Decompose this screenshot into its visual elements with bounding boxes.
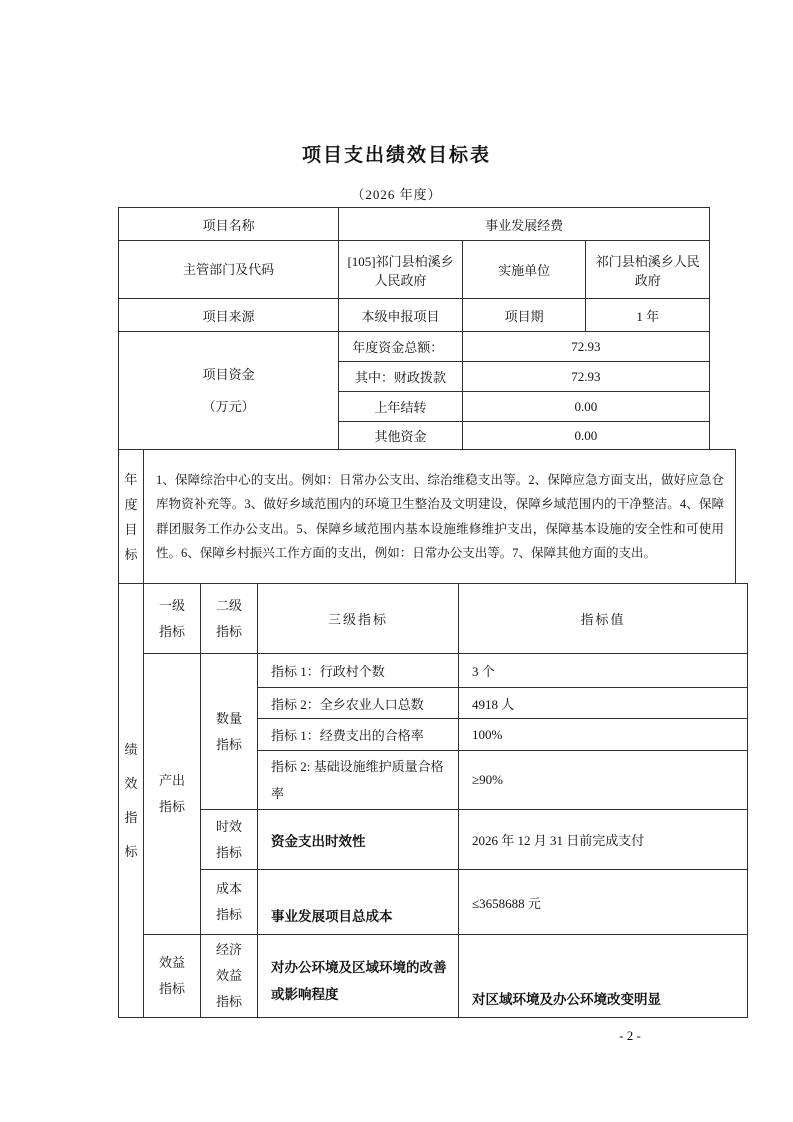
- page-subtitle: （2026 年度）: [0, 184, 793, 203]
- performance-target-table: 项目名称 事业发展经费 主管部门及代码 [105]祁门县柏溪乡人民政府 实施单位…: [118, 207, 710, 1018]
- funds-row-value: 72.93: [462, 332, 709, 362]
- funds-label-line2: （万元）: [123, 391, 334, 423]
- indicator-name: 指标 1：行政村个数: [258, 654, 459, 688]
- period-value: 1 年: [586, 299, 710, 332]
- indicator-value: ≤3658688 元: [459, 870, 748, 935]
- header-level3: 三级指标: [258, 584, 459, 654]
- funds-row-label: 其他资金: [339, 422, 463, 450]
- indicator-name: 对办公环境及区域环境的改善或影响程度: [258, 935, 459, 1018]
- funds-label: 项目资金 （万元）: [119, 332, 339, 450]
- indicators-table: 绩效指标 一级指标 二级指标 三级指标 指标值 产出指标 数量指标 指标 1：行…: [118, 583, 748, 1018]
- indicator-name: 事业发展项目总成本: [258, 870, 459, 935]
- group-output-label: 产出指标: [144, 654, 201, 935]
- impl-unit-label: 实施单位: [462, 241, 586, 299]
- header-level1: 一级指标: [144, 584, 201, 654]
- source-value: 本级申报项目: [339, 299, 463, 332]
- project-name-label: 项目名称: [119, 208, 339, 241]
- group-benefit-label: 效益指标: [144, 935, 201, 1018]
- funds-row-label: 其中：财政拨款: [339, 362, 463, 392]
- document-page: 项目支出绩效目标表 （2026 年度） 项目名称 事业发展经费 主管部门及代码 …: [0, 0, 793, 1122]
- group-time-label: 时效指标: [201, 810, 258, 870]
- funds-row-label: 上年结转: [339, 392, 463, 422]
- indicator-name: 指标 2: 基础设施维护质量合格率: [258, 751, 459, 810]
- funds-row-label: 年度资金总额：: [339, 332, 463, 362]
- indicators-side-label: 绩效指标: [119, 584, 144, 1018]
- header-level2: 二级指标: [201, 584, 258, 654]
- annual-goal-text: 1、保障综治中心的支出。例如：日常办公支出、综治维稳支出等。2、保障应急方面支出…: [144, 450, 736, 584]
- indicator-value: 4918 人: [459, 688, 748, 719]
- group-economic-label: 经济效益指标: [201, 935, 258, 1018]
- indicator-value: 2026 年 12 月 31 日前完成支付: [459, 810, 748, 870]
- group-quantity-label: 数量指标: [201, 654, 258, 810]
- funds-label-line1: 项目资金: [123, 359, 334, 391]
- period-label: 项目期: [462, 299, 586, 332]
- indicator-name: 指标 2：全乡农业人口总数: [258, 688, 459, 719]
- funds-row-value: 0.00: [462, 392, 709, 422]
- annual-goal-label: 年度目标: [119, 450, 144, 584]
- page-title: 项目支出绩效目标表: [0, 140, 793, 167]
- impl-unit-value: 祁门县柏溪乡人民政府: [586, 241, 710, 299]
- header-value: 指标值: [459, 584, 748, 654]
- dept-label: 主管部门及代码: [119, 241, 339, 299]
- indicator-value: 对区域环境及办公环境改变明显: [459, 935, 748, 1018]
- indicator-value: 100%: [459, 719, 748, 751]
- indicator-value: 3 个: [459, 654, 748, 688]
- annual-goal-table: 年度目标 1、保障综治中心的支出。例如：日常办公支出、综治维稳支出等。2、保障应…: [118, 449, 736, 584]
- group-cost-label: 成本指标: [201, 870, 258, 935]
- source-label: 项目来源: [119, 299, 339, 332]
- funds-row-value: 72.93: [462, 362, 709, 392]
- funds-row-value: 0.00: [462, 422, 709, 450]
- indicator-value: ≥90%: [459, 751, 748, 810]
- project-info-table: 项目名称 事业发展经费 主管部门及代码 [105]祁门县柏溪乡人民政府 实施单位…: [118, 207, 710, 450]
- page-number: - 2 -: [570, 1028, 690, 1044]
- indicator-name: 指标 1：经费支出的合格率: [258, 719, 459, 751]
- indicator-name: 资金支出时效性: [258, 810, 459, 870]
- project-name-value: 事业发展经费: [339, 208, 710, 241]
- dept-value: [105]祁门县柏溪乡人民政府: [339, 241, 463, 299]
